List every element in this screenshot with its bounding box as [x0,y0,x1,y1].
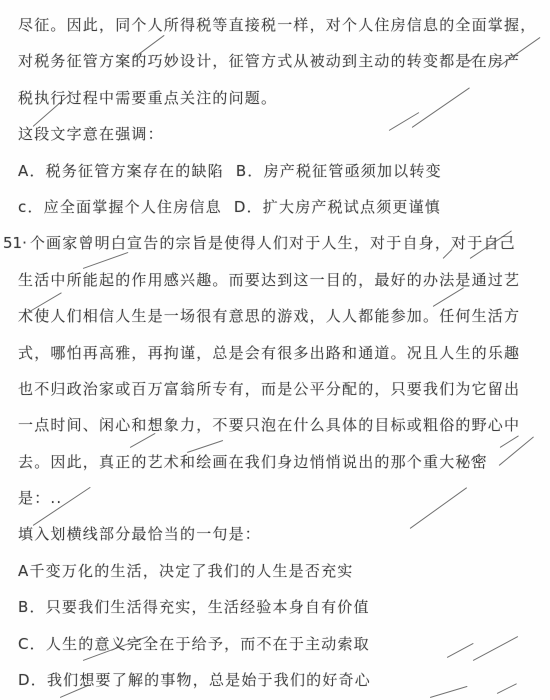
question-51-line-3: 术使人们相信人生是一场很有意思的游戏，人人都能参加。任何生活方 [18,298,540,334]
option-a-tax: A．税务征管方案存在的缺陷 [18,153,224,189]
option-b-tax: B．房产税征管亟须加以转变 [236,153,442,189]
passage-tax-line-3: 税执行过程中需要重点关注的问题。 [18,80,540,116]
question-51-option-b: B．只要我们生活得充实，生活经验本身自有价值 [18,589,540,625]
question-51-line-6: 一点时间、闲心和想象力，不要只泡在什么具体的目标或粗俗的野心中 [18,407,540,443]
question-51-line-1-text: 个画家曾明白宣告的宗旨是使得人们对于人生，对于自身，对于自己 [30,234,516,252]
question-51-line-1: 51·个画家曾明白宣告的宗旨是使得人们对于人生，对于自身，对于自己 [18,225,540,261]
question-tax-options-row-1: A．税务征管方案存在的缺陷 B．房产税征管亟须加以转变 [18,153,540,189]
passage-tax-line-2: 对税务征管方案的巧妙设计，征管方式从被动到主动的转变都是在房产 [18,43,540,79]
question-51-line-4: 式，哪怕再高雅，再拘谨，总是会有很多出路和通道。况且人生的乐趣 [18,335,540,371]
option-c-tax: c．应全面掌握个人住房信息 [18,189,222,225]
question-51-number: 51· [3,225,27,261]
question-51-option-d: D．我们想要了解的事物，总是始于我们的好奇心 [18,662,540,698]
passage-tax-line-1: 尽征。因此，同个人所得税等直接税一样，对个人住房信息的全面掌握， [18,7,540,43]
question-51-blank-line: 是：.. [18,480,540,516]
scanned-page: 尽征。因此，同个人所得税等直接税一样，对个人住房信息的全面掌握， 对税务征管方案… [0,0,550,700]
question-51-prompt: 填入划横线部分最恰当的一句是： [18,516,540,552]
text-column: 尽征。因此，同个人所得税等直接税一样，对个人住房信息的全面掌握， 对税务征管方案… [18,7,540,698]
question-51-option-a: A千变万化的生活，决定了我们的人生是否充实 [18,553,540,589]
option-d-tax: D．扩大房产税试点须更谨慎 [234,189,441,225]
question-51-option-c: C．人生的意义完全在于给予，而不在于主动索取 [18,626,540,662]
question-51-line-5: 也不归政治家或百万富翁所专有，而是公平分配的，只要我们为它留出 [18,371,540,407]
question-51-line-2: 生活中所能起的作用感兴趣。而要达到这一目的，最好的办法是通过艺 [18,262,540,298]
question-51-line-7: 去。因此，真正的艺术和绘画在我们身边悄悄说出的那个重大秘密 [18,444,540,480]
question-tax-prompt: 这段文字意在强调： [18,116,540,152]
question-tax-options-row-2: c．应全面掌握个人住房信息 D．扩大房产税试点须更谨慎 [18,189,540,225]
